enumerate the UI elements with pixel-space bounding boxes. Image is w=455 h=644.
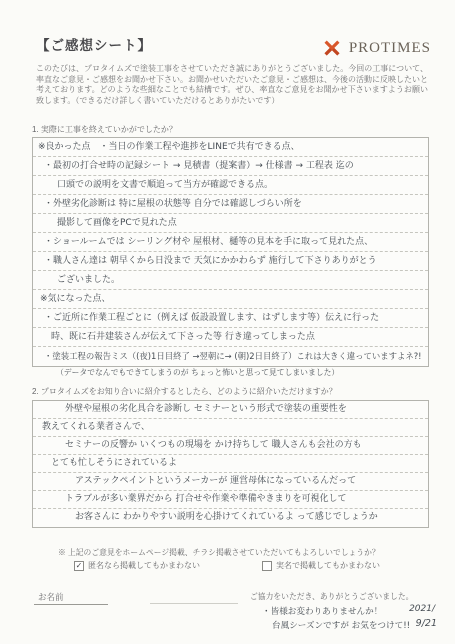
handwritten-date-day: 9/21 (416, 618, 437, 629)
logo-x-icon (320, 36, 344, 60)
answer-line: セミナーの反響か いくつもの現場を かけ持ちして 職人さんも会社の方も (33, 437, 428, 455)
realname-checkbox (262, 561, 272, 571)
page-title: 【ご感想シート】 (36, 34, 152, 54)
realname-label: 実名で掲載してもかまわない (276, 560, 380, 571)
thanks-text: ご協力をいただき、ありがとうございました。 (250, 591, 413, 602)
answer-line: ございました。 (33, 271, 428, 290)
publish-options: ✓ 匿名なら掲載してもかまわない 実名で掲載してもかまわない (74, 560, 414, 571)
question1-footnote: （データでなんでもできてしまうのが ちょっと怖いと思って見てしまいました） (56, 367, 339, 378)
question2-label: 2. プロタイムズをお知り合いに紹介するとしたら、どのように紹介いただけますか？ (32, 386, 337, 397)
protimes-logo: PROTIMES (320, 36, 431, 60)
name-field-label: お名前 (38, 591, 64, 603)
publish-permission-note: ※ 上記のご意見をホームページ掲載、チラシ掲載させていただいてもよろしいでしょう… (58, 547, 380, 558)
answer-line: とても忙しそうにされているよ (33, 455, 428, 473)
answer-line: 時、既に石井建装さんが伝えて下さった等 行き違ってしまった点 (33, 328, 428, 347)
answer-line: ・最初の打合せ時の記録シート → 見積書（提案書）→ 仕様書 → 工程表 迄の (33, 157, 428, 176)
name-underline (34, 604, 108, 605)
answer-line: ・塗装工程の報告ミス（(夜)1日目終了 →翌朝に→ (朝)2日目終了）これは大き… (33, 347, 428, 366)
answer-line: お客さんに わかりやすい説明を心掛けてくれているよ って感じでしょうか (33, 509, 428, 527)
anonymous-checkbox: ✓ (74, 561, 84, 571)
answer-line: ・ご近所に作業工程ごとに（例えば 仮設設置します、はずします等）伝えに行った (33, 309, 428, 328)
answer-line: ・外壁劣化診断は 特に屋根の状態等 自分では確認しづらい所を (33, 195, 428, 214)
handwritten-greeting-line1: ・皆様お変わりありませんか！ (262, 605, 382, 617)
feedback-sheet-page: 【ご感想シート】 PROTIMES このたびは、プロタイムズで塗装工事をさせてい… (0, 0, 455, 644)
answer-line: 口頭での説明を文書で順追って当方が確認できる点。 (33, 176, 428, 195)
answer-line: ・ショールームでは シーリング材や 屋根材、樋等の見本を手に取って見れた点、 (33, 233, 428, 252)
realname-option: 実名で掲載してもかまわない (262, 560, 380, 571)
handwritten-date-year: 2021/ (409, 604, 435, 614)
brand-text: PROTIMES (349, 40, 431, 57)
answer-line: ※気になった点、 (33, 290, 428, 309)
question1-answer-box: ※良かった点 ・当日の作業工程や進捗をLINEで共有できる点、 ・最初の打合せ時… (32, 137, 429, 367)
answer-line: 撮影して画像をPCで見れた点 (33, 214, 428, 233)
anonymous-option: ✓ 匿名なら掲載してもかまわない (74, 560, 200, 571)
answer-line: トラブルが多い業界だから 打合せや作業や準備やきまりを可視化して (33, 491, 428, 509)
answer-line: アステックペイントというメーカーが 運営母体になっているんだって (33, 473, 428, 491)
answer-line: 教えてくれる業者さんで、 (33, 419, 428, 437)
answer-line: ※良かった点 ・当日の作業工程や進捗をLINEで共有できる点、 (33, 138, 428, 157)
anonymous-label: 匿名なら掲載してもかまわない (88, 560, 200, 571)
question2-answer-box: 外壁や屋根の劣化具合を診断し セミナーという形式で塗装の重要性を 教えてくれる業… (32, 400, 429, 528)
intro-text: このたびは、プロタイムズで塗装工事をさせていただき誠にありがとうございました。今… (36, 64, 428, 106)
question1-label: 1. 実際に工事を終えていかがでしたか？ (32, 124, 177, 135)
handwritten-greeting-line2: 台風シーズンですが お気をつけて!! (272, 619, 410, 631)
answer-line: ・職人さん達は 朝早くから日没まで 天気にかかわらず 施行して下さりありがとう (33, 252, 428, 271)
name-entry-line (150, 603, 238, 604)
answer-line: 外壁や屋根の劣化具合を診断し セミナーという形式で塗装の重要性を (33, 401, 428, 419)
